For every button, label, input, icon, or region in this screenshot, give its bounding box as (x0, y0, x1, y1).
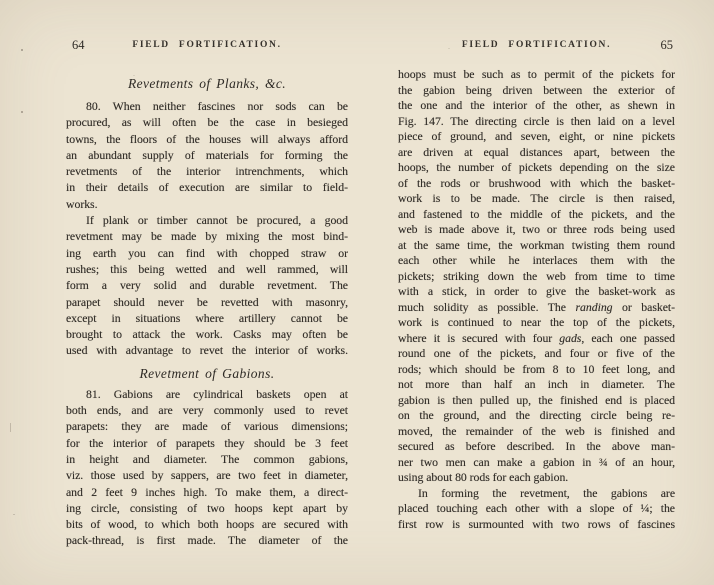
text-line: ing circle, consisting of two hoops kept… (66, 500, 348, 516)
text-line: work is continued to near the top of the… (398, 315, 675, 331)
text-line: where it is secured with four gads, each… (398, 331, 675, 347)
text-line: revetment may be made by mixing the most… (66, 228, 348, 244)
paragraph-forming-the-revetment: In forming the revetment, the gabions ar… (398, 486, 675, 533)
text-line: round one of the pickets, and four or fi… (398, 346, 675, 362)
text-line: secured as before described. In the abov… (398, 439, 675, 455)
text-line: revetments of the interior intrenchments… (66, 163, 348, 179)
text-line: pack-thread, is first made. The diameter… (66, 532, 348, 548)
text-line: in their details of execution are simila… (66, 179, 348, 195)
scan-speck (448, 48, 450, 49)
text-line: using about 80 rods for each gabion. (398, 470, 675, 486)
text-line: rods; which should be from 8 to 10 feet … (398, 362, 675, 378)
text-line: both ends, and are very commonly used to… (66, 402, 348, 418)
scan-speck (133, 75, 135, 76)
text-line: parapets: they are made of various dimen… (66, 418, 348, 434)
text-line: placed touching each other with a slope … (398, 501, 675, 517)
paragraph-81-continuation: hoops must be such as to permit of the p… (398, 67, 675, 486)
text-line: work is to be made. The circle is then r… (398, 191, 675, 207)
text-line: Fig. 147. The directing circle is then l… (398, 114, 675, 130)
text-line: an abundant supply of materials for form… (66, 147, 348, 163)
paragraph-80: 80. When neither fascines nor sods can b… (66, 98, 348, 212)
scan-speck (21, 49, 23, 51)
text-line: pickets; striking down the web from time… (398, 269, 675, 285)
text-line: used with advantage to revet the interio… (66, 342, 348, 358)
text-line: of the rods or brushwood with which the … (398, 176, 675, 192)
text-line: the gabion being driven between the exte… (398, 83, 675, 99)
section-heading-revetment-of-gabions: Revetment of Gabions. (66, 366, 348, 382)
scan-speck (21, 111, 23, 113)
text-line: If plank or timber cannot be procured, a… (66, 212, 348, 228)
text-line: are driven at equal distances apart, bet… (398, 145, 675, 161)
text-line: at the same time, the workman twisting t… (398, 238, 675, 254)
text-line: parapet should never be revetted with ma… (66, 294, 348, 310)
text-line: hoops must be such as to permit of the p… (398, 67, 675, 83)
page-number-right: 65 (661, 38, 674, 53)
text-line: moved, the remainder of the web is finis… (398, 424, 675, 440)
paragraph-plank-or-timber: If plank or timber cannot be procured, a… (66, 212, 348, 359)
text-line: hoops, the number of pickets depending o… (398, 160, 675, 176)
text-line: with a stick, in order to give the baske… (398, 284, 675, 300)
text-line: and 2 feet 9 inches high. To make them, … (66, 484, 348, 500)
text-line: brought to attack the work. Casks may of… (66, 326, 348, 342)
left-page-header: 64 FIELD FORTIFICATION. (66, 40, 348, 54)
book-spread: 64 FIELD FORTIFICATION. Revetments of Pl… (0, 0, 714, 585)
text-line: gabion is then pulled up, the finished e… (398, 393, 675, 409)
text-line: ing earth you can find with chopped stra… (66, 245, 348, 261)
right-page-header: FIELD FORTIFICATION. 65 (398, 40, 675, 54)
scan-speck (13, 514, 15, 515)
text-line: much solidity as possible. The randing o… (398, 300, 675, 316)
scan-speck (338, 253, 340, 254)
text-line: rushes; this being wetted and well ramme… (66, 261, 348, 277)
section-heading-revetments-of-planks: Revetments of Planks, &c. (66, 76, 348, 92)
paragraph-81: 81. Gabions are cylindrical baskets open… (66, 386, 348, 549)
text-line: procured, as will often be the case in b… (66, 114, 348, 130)
text-line: in height and diameter. The common gabio… (66, 451, 348, 467)
text-line: each other while he interlaces them with… (398, 253, 675, 269)
left-page: 64 FIELD FORTIFICATION. Revetments of Pl… (66, 40, 348, 549)
running-header-left: FIELD FORTIFICATION. (66, 40, 348, 50)
text-line: bits of wood, to which both hoops are se… (66, 516, 348, 532)
text-line: form a very solid and durable revetment.… (66, 277, 348, 293)
text-line: In forming the revetment, the gabions ar… (398, 486, 675, 502)
page-number-left: 64 (72, 38, 85, 53)
text-line: 80. When neither fascines nor sods can b… (66, 98, 348, 114)
text-line: towns, the floors of the houses will alw… (66, 131, 348, 147)
text-line: web is made above it, two or three rods … (398, 222, 675, 238)
text-line: except in situations where artillery can… (66, 310, 348, 326)
text-line: not more than half an inch in diameter. … (398, 377, 675, 393)
text-line: piece of ground, and seven, eight, or ni… (398, 129, 675, 145)
running-header-right: FIELD FORTIFICATION. (398, 40, 675, 50)
text-line: ner two men can make a gabion in ¾ of an… (398, 455, 675, 471)
text-line: 81. Gabions are cylindrical baskets open… (66, 386, 348, 402)
text-line: for the interior of parapets they should… (66, 435, 348, 451)
scan-speck (10, 423, 11, 432)
text-line: works. (66, 196, 348, 212)
text-line: the one and the interior of the other, a… (398, 98, 675, 114)
text-line: viz. those used by sappers, are two feet… (66, 467, 348, 483)
right-page: FIELD FORTIFICATION. 65 hoops must be su… (398, 40, 675, 532)
text-line: and fastened to the middle of the picket… (398, 207, 675, 223)
text-line: first row is surmounted with two rows of… (398, 517, 675, 533)
text-line: on the ground, and the directing circle … (398, 408, 675, 424)
